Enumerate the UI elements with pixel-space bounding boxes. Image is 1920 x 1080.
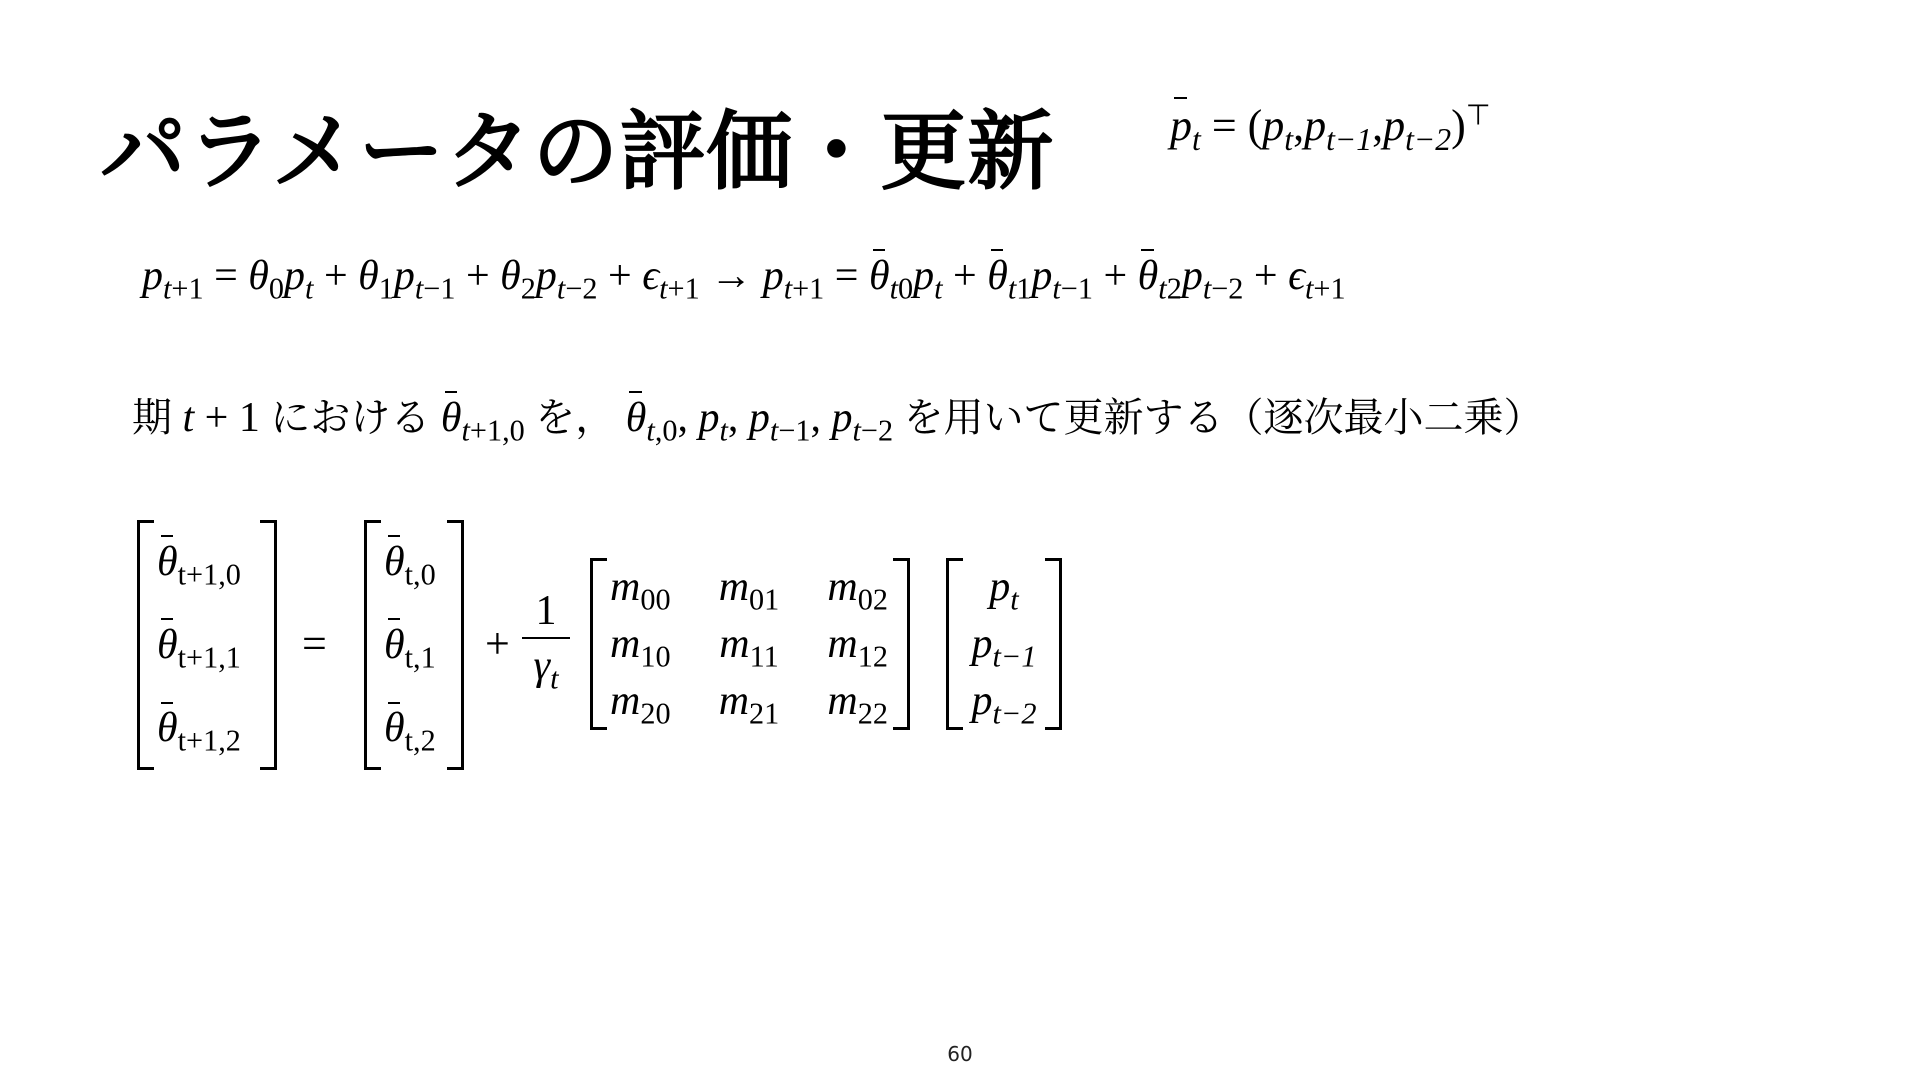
prev-theta-vector: θt,0 θt,1 θt,2 [364, 520, 464, 770]
fraction-denominator: γt [522, 639, 570, 693]
pbar-definition: pt = (pt,pt−1,pt−2)⊤ [1170, 100, 1491, 151]
update-description: 期 t + 1 における θt+1,0 を， θt,0, pt, pt−1, p… [132, 386, 1544, 443]
arrow-icon: → [710, 253, 752, 299]
m-matrix: m00 m01 m02 m10 m11 m12 m20 m21 m22 [590, 558, 910, 730]
equals-sign: = [302, 618, 327, 669]
model-equation: pt+1 = θ0pt + θ1pt−1 + θ2pt−2 + ϵt+1 → p… [142, 252, 1346, 300]
slide-title: パラメータの評価・更新 [100, 82, 1054, 206]
page-number: 60 [0, 1042, 1920, 1066]
plus-sign: + [485, 618, 510, 669]
lhs-theta-vector: θt+1,0 θt+1,1 θt+1,2 [137, 520, 277, 770]
price-vector: pt pt−1 pt−2 [946, 558, 1062, 730]
gain-fraction: 1 γt [522, 585, 570, 693]
fraction-numerator: 1 [522, 585, 570, 639]
